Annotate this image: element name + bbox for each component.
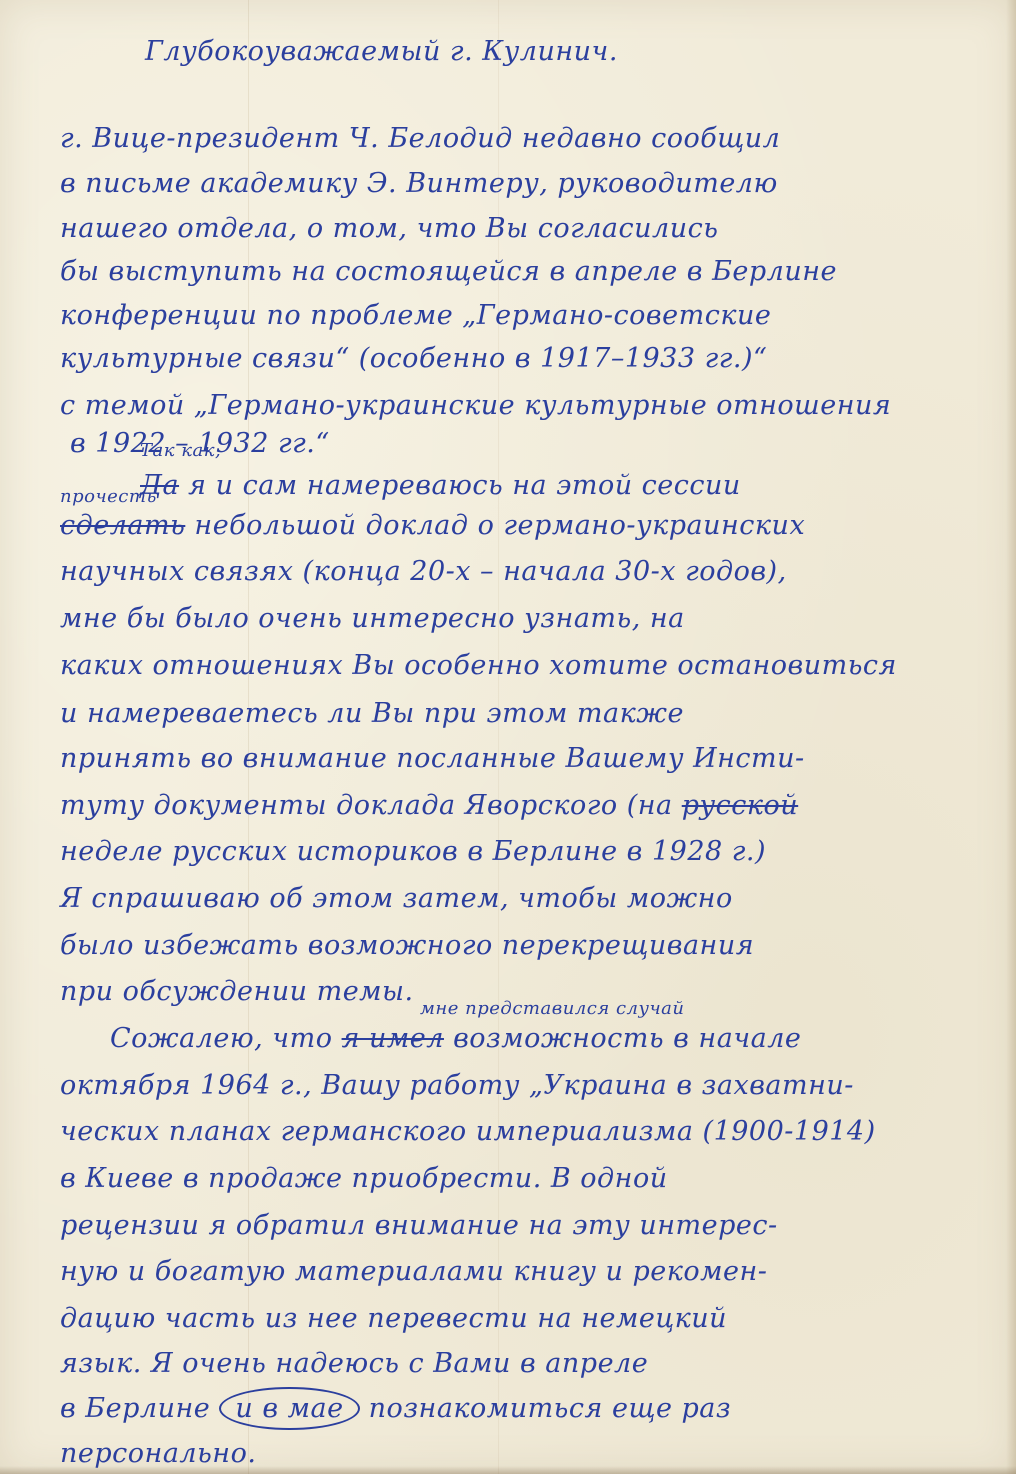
letter-line: при обсуждении темы.	[60, 978, 414, 1005]
struck-word: русской	[682, 790, 798, 821]
salutation: Глубокоуважаемый г. Кулинич.	[145, 38, 618, 65]
letter-line: неделе русских историков в Берлине в 192…	[60, 838, 766, 865]
insertion-left: прочесть	[60, 488, 157, 506]
letter-line-text: небольшой доклад о германо-украинских	[194, 510, 805, 541]
letter-line: ческих планах германского империализма (…	[60, 1118, 876, 1145]
letter-line: Сожалею, что я имел возможность в начале	[110, 1025, 801, 1052]
letter-line: с темой „Германо-украинские культурные о…	[60, 392, 891, 419]
letter-line: в письме академику Э. Винтеру, руководит…	[60, 170, 778, 197]
letter-line: туту документы доклада Яворского (на рус…	[60, 792, 798, 819]
letter-line: мне бы было очень интересно узнать, на	[60, 605, 685, 632]
letter-line: дацию часть из нее перевести на немецкий	[60, 1305, 727, 1332]
letter-page: Глубокоуважаемый г. Кулинич. г. Вице-пре…	[0, 0, 1016, 1474]
struck-word: сделать	[60, 510, 185, 541]
letter-line: нашего отдела, о том, что Вы согласились	[60, 215, 718, 242]
letter-line-text: туту документы доклада Яворского (на	[60, 790, 673, 821]
circled-phrase: и в мае	[219, 1387, 359, 1430]
insertion-above: мне представился случай	[420, 1000, 684, 1018]
letter-line: научных связях (конца 20-х – начала 30-х…	[60, 558, 787, 585]
letter-line: октября 1964 г., Вашу работу „Украина в …	[60, 1072, 854, 1099]
letter-line: в Киеве в продаже приобрести. В одной	[60, 1165, 668, 1192]
letter-line: каких отношениях Вы особенно хотите оста…	[60, 652, 897, 679]
letter-line-text: в Берлине	[60, 1393, 210, 1424]
insertion-above: Так как,	[140, 442, 221, 460]
letter-line: сделать небольшой доклад о германо-украи…	[60, 512, 805, 539]
letter-line: конференции по проблеме „Германо-советск…	[60, 302, 771, 329]
letter-line: язык. Я очень надеюсь с Вами в апреле	[60, 1350, 648, 1377]
letter-line-text: я и сам намереваюсь на этой сессии	[188, 470, 741, 501]
letter-line: и намереваетесь ли Вы при этом также	[60, 700, 684, 727]
struck-word: я имел	[342, 1023, 444, 1054]
letter-line: в Берлине и в мае познакомиться еще раз	[60, 1395, 731, 1422]
letter-line: культурные связи“ (особенно в 1917–1933 …	[60, 345, 767, 372]
letter-line: ную и богатую материалами книгу и рекоме…	[60, 1258, 767, 1285]
letter-line: рецензии я обратил внимание на эту интер…	[60, 1212, 778, 1239]
letter-line: г. Вице-президент Ч. Белодид недавно соо…	[60, 125, 780, 152]
letter-line-text: возможность в начале	[453, 1023, 801, 1054]
letter-line: персонально.	[60, 1440, 256, 1467]
letter-line: бы выступить на состоящейся в апреле в Б…	[60, 258, 837, 285]
letter-line: принять во внимание посланные Вашему Инс…	[60, 745, 805, 772]
letter-line: Да я и сам намереваюсь на этой сессии	[140, 472, 741, 499]
letter-line: было избежать возможного перекрещивания	[60, 932, 754, 959]
letter-line-text: Сожалею, что	[110, 1023, 332, 1054]
paper-edge-shadow	[1006, 0, 1016, 1474]
letter-line-text: познакомиться еще раз	[369, 1393, 731, 1424]
letter-line: Я спрашиваю об этом затем, чтобы можно	[60, 885, 733, 912]
